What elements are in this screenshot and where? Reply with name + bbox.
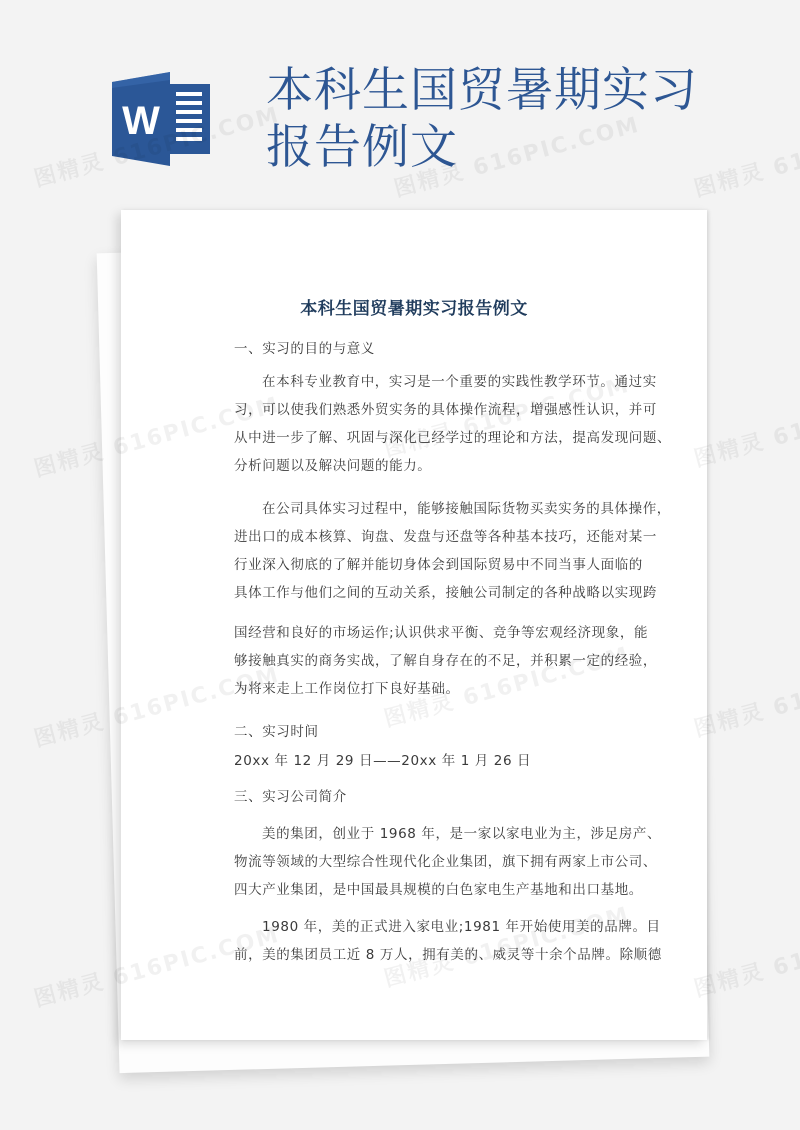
paragraph-line: 前，美的集团员工近 8 万人，拥有美的、威灵等十余个品牌。除顺德 [234,945,662,965]
hero-title: 本科生国贸暑期实习报告例文 [266,62,706,176]
paragraph-line: 够接触真实的商务实战，了解自身存在的不足，并积累一定的经验， [234,651,657,671]
paragraph-line: 国经营和良好的市场运作;认识供求平衡、竞争等宏观经济现象，能 [234,623,648,643]
paragraph-line: 物流等领域的大型综合性现代化企业集团，旗下拥有两家上市公司、 [234,852,657,872]
paragraph-line: 在公司具体实习过程中，能够接触国际货物买卖实务的具体操作， [262,499,671,519]
svg-text:W: W [122,99,160,143]
paragraph-line: 为将来走上工作岗位打下良好基础。 [234,679,460,699]
document-title: 本科生国贸暑期实习报告例文 [121,294,707,319]
paragraph-line: 行业深入彻底的了解并能切身体会到国际贸易中不同当事人面临的 [234,555,643,575]
paragraph-line: 进出口的成本核算、询盘、发盘与还盘等各种基本技巧，还能对某一 [234,527,657,547]
internship-dates: 20xx 年 12 月 29 日——20xx 年 1 月 26 日 [234,751,531,771]
section-heading-time: 二、实习时间 [234,722,319,742]
paragraph-line: 习，可以使我们熟悉外贸实务的具体操作流程，增强感性认识，并可 [234,400,657,420]
paragraph-line: 在本科专业教育中，实习是一个重要的实践性教学环节。通过实 [262,372,657,392]
paragraph-line: 四大产业集团，是中国最具规模的白色家电生产基地和出口基地。 [234,880,643,900]
section-heading-purpose: 一、实习的目的与意义 [234,339,375,359]
document-page: 本科生国贸暑期实习报告例文 一、实习的目的与意义 在本科专业教育中，实习是一个重… [121,210,707,1040]
section-heading-company: 三、实习公司简介 [234,787,347,807]
paragraph-line: 分析问题以及解决问题的能力。 [234,456,431,476]
paragraph-line: 从中进一步了解、巩固与深化已经学过的理论和方法，提高发现问题、 [234,428,671,448]
paragraph-line: 美的集团，创业于 1968 年，是一家以家电业为主，涉足房产、 [262,824,661,844]
paragraph-line: 1980 年，美的正式进入家电业;1981 年开始使用美的品牌。目 [262,917,661,937]
watermark: 图精灵 616PIC.COM [690,108,800,203]
word-document-icon: W [110,70,214,166]
paragraph-line: 具体工作与他们之间的互动关系，接触公司制定的各种战略以实现跨 [234,583,657,603]
